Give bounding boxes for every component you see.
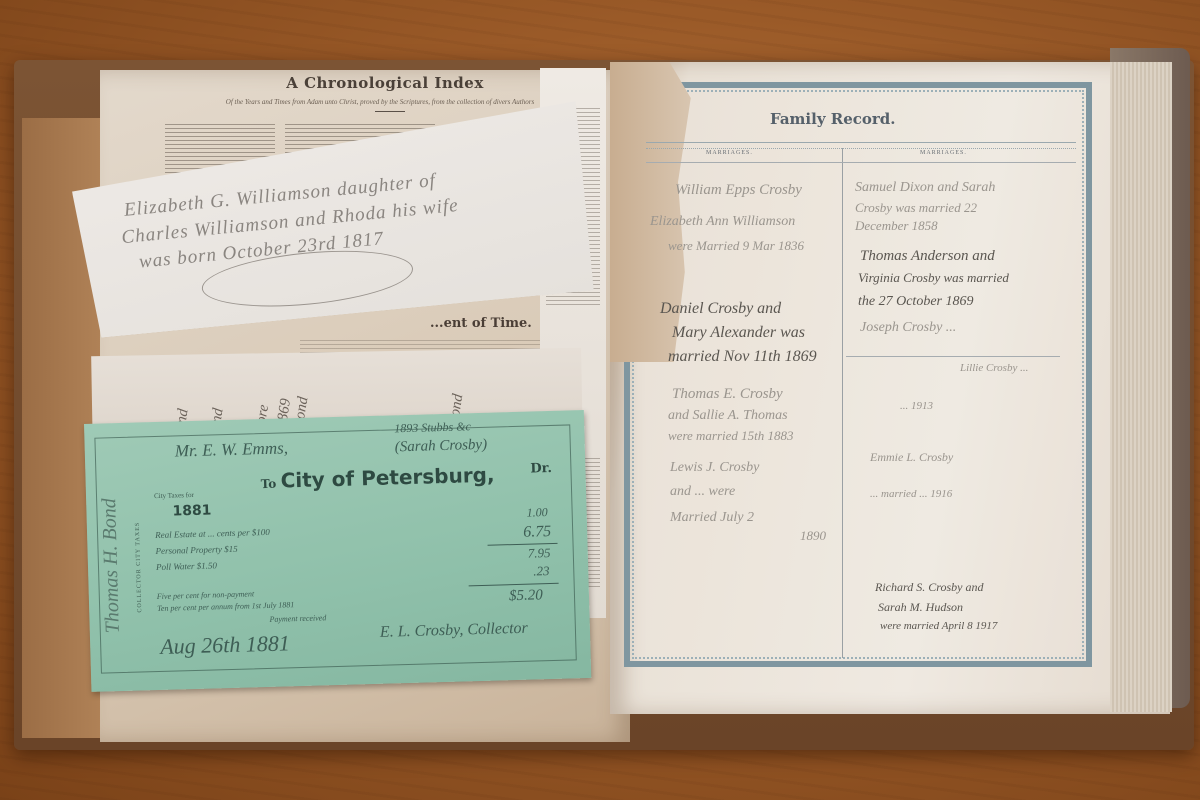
record-entry: 1890 <box>800 528 826 544</box>
record-entry: were Married 9 Mar 1836 <box>668 238 804 254</box>
record-entry: Lewis J. Crosby <box>670 460 759 476</box>
receipt-note-top: (Sarah Crosby) <box>395 437 488 457</box>
record-entry: Emmie L. Crosby <box>870 450 953 465</box>
record-entry: Married July 2 <box>670 510 754 526</box>
receipt-amount: 6.75 <box>523 523 551 542</box>
family-record-border <box>624 82 1092 667</box>
receipt-label: City Taxes for <box>154 491 194 500</box>
page-edges <box>1110 62 1172 712</box>
title-rule <box>375 111 405 112</box>
record-entry: the 27 October 1869 <box>858 294 973 310</box>
record-entry: Daniel Crosby and <box>660 300 781 318</box>
row-divider <box>646 162 1076 163</box>
record-entry: and ... were <box>670 484 735 500</box>
receipt-corner-note: 1893 Stubbs &c <box>394 419 471 436</box>
chronological-index-subtitle: Of the Years and Times from Adam unto Ch… <box>160 98 600 106</box>
receipt-amount: 1.00 <box>526 505 547 521</box>
column-header-left: MARRIAGES. <box>706 150 753 156</box>
chronological-index-title: A Chronological Index <box>170 74 600 92</box>
header-rule <box>646 142 1076 149</box>
record-entry: Thomas Anderson and <box>860 248 995 265</box>
record-entry: Sarah M. Hudson <box>878 600 963 615</box>
receipt-to-prefix: To <box>261 477 277 491</box>
record-entry: William Epps Crosby <box>675 182 802 199</box>
record-entry: December 1858 <box>855 218 938 234</box>
record-entry: Samuel Dixon and Sarah <box>855 180 995 196</box>
record-entry: Elizabeth Ann Williamson <box>650 214 795 230</box>
record-entry: ... married ... 1916 <box>870 488 952 500</box>
record-entry: were married April 8 1917 <box>880 620 997 632</box>
record-entry: Richard S. Crosby and <box>875 580 983 595</box>
receipt-payee: Mr. E. W. Emms, <box>175 438 289 461</box>
record-entry: Crosby was married 22 <box>855 200 977 216</box>
receipt-item: Poll Water $1.50 <box>156 560 217 572</box>
city-tax-receipt: Thomas H. Bond COLLECTOR CITY TAXES 1893… <box>84 410 591 692</box>
column-divider <box>842 148 843 658</box>
receipt-total: $5.20 <box>509 587 543 605</box>
receipt-amount: .23 <box>533 563 550 579</box>
record-entry: were married 15th 1883 <box>668 428 794 444</box>
family-record-title: Family Record. <box>770 110 896 128</box>
record-entry: and Sallie A. Thomas <box>668 408 788 424</box>
record-entry: ... 1913 <box>900 400 933 412</box>
receipt-amount: 7.95 <box>528 545 551 562</box>
record-entry: Lillie Crosby ... <box>960 362 1028 374</box>
receipt-date: Aug 26th 1881 <box>160 630 290 660</box>
receipt-footer-line: Payment received <box>269 613 326 624</box>
row-divider <box>846 356 1060 357</box>
receipt-dr: Dr. <box>530 461 552 477</box>
record-entry: Mary Alexander was <box>672 324 805 342</box>
record-entry: Joseph Crosby ... <box>860 320 956 336</box>
section-heading: ...ent of Time. <box>430 316 532 331</box>
receipt-year: 1881 <box>172 502 211 519</box>
record-entry: married Nov 11th 1869 <box>668 348 817 366</box>
record-entry: Virginia Crosby was married <box>858 270 1009 286</box>
record-entry: Thomas E. Crosby <box>672 386 783 403</box>
column-header-right: MARRIAGES. <box>920 150 967 156</box>
